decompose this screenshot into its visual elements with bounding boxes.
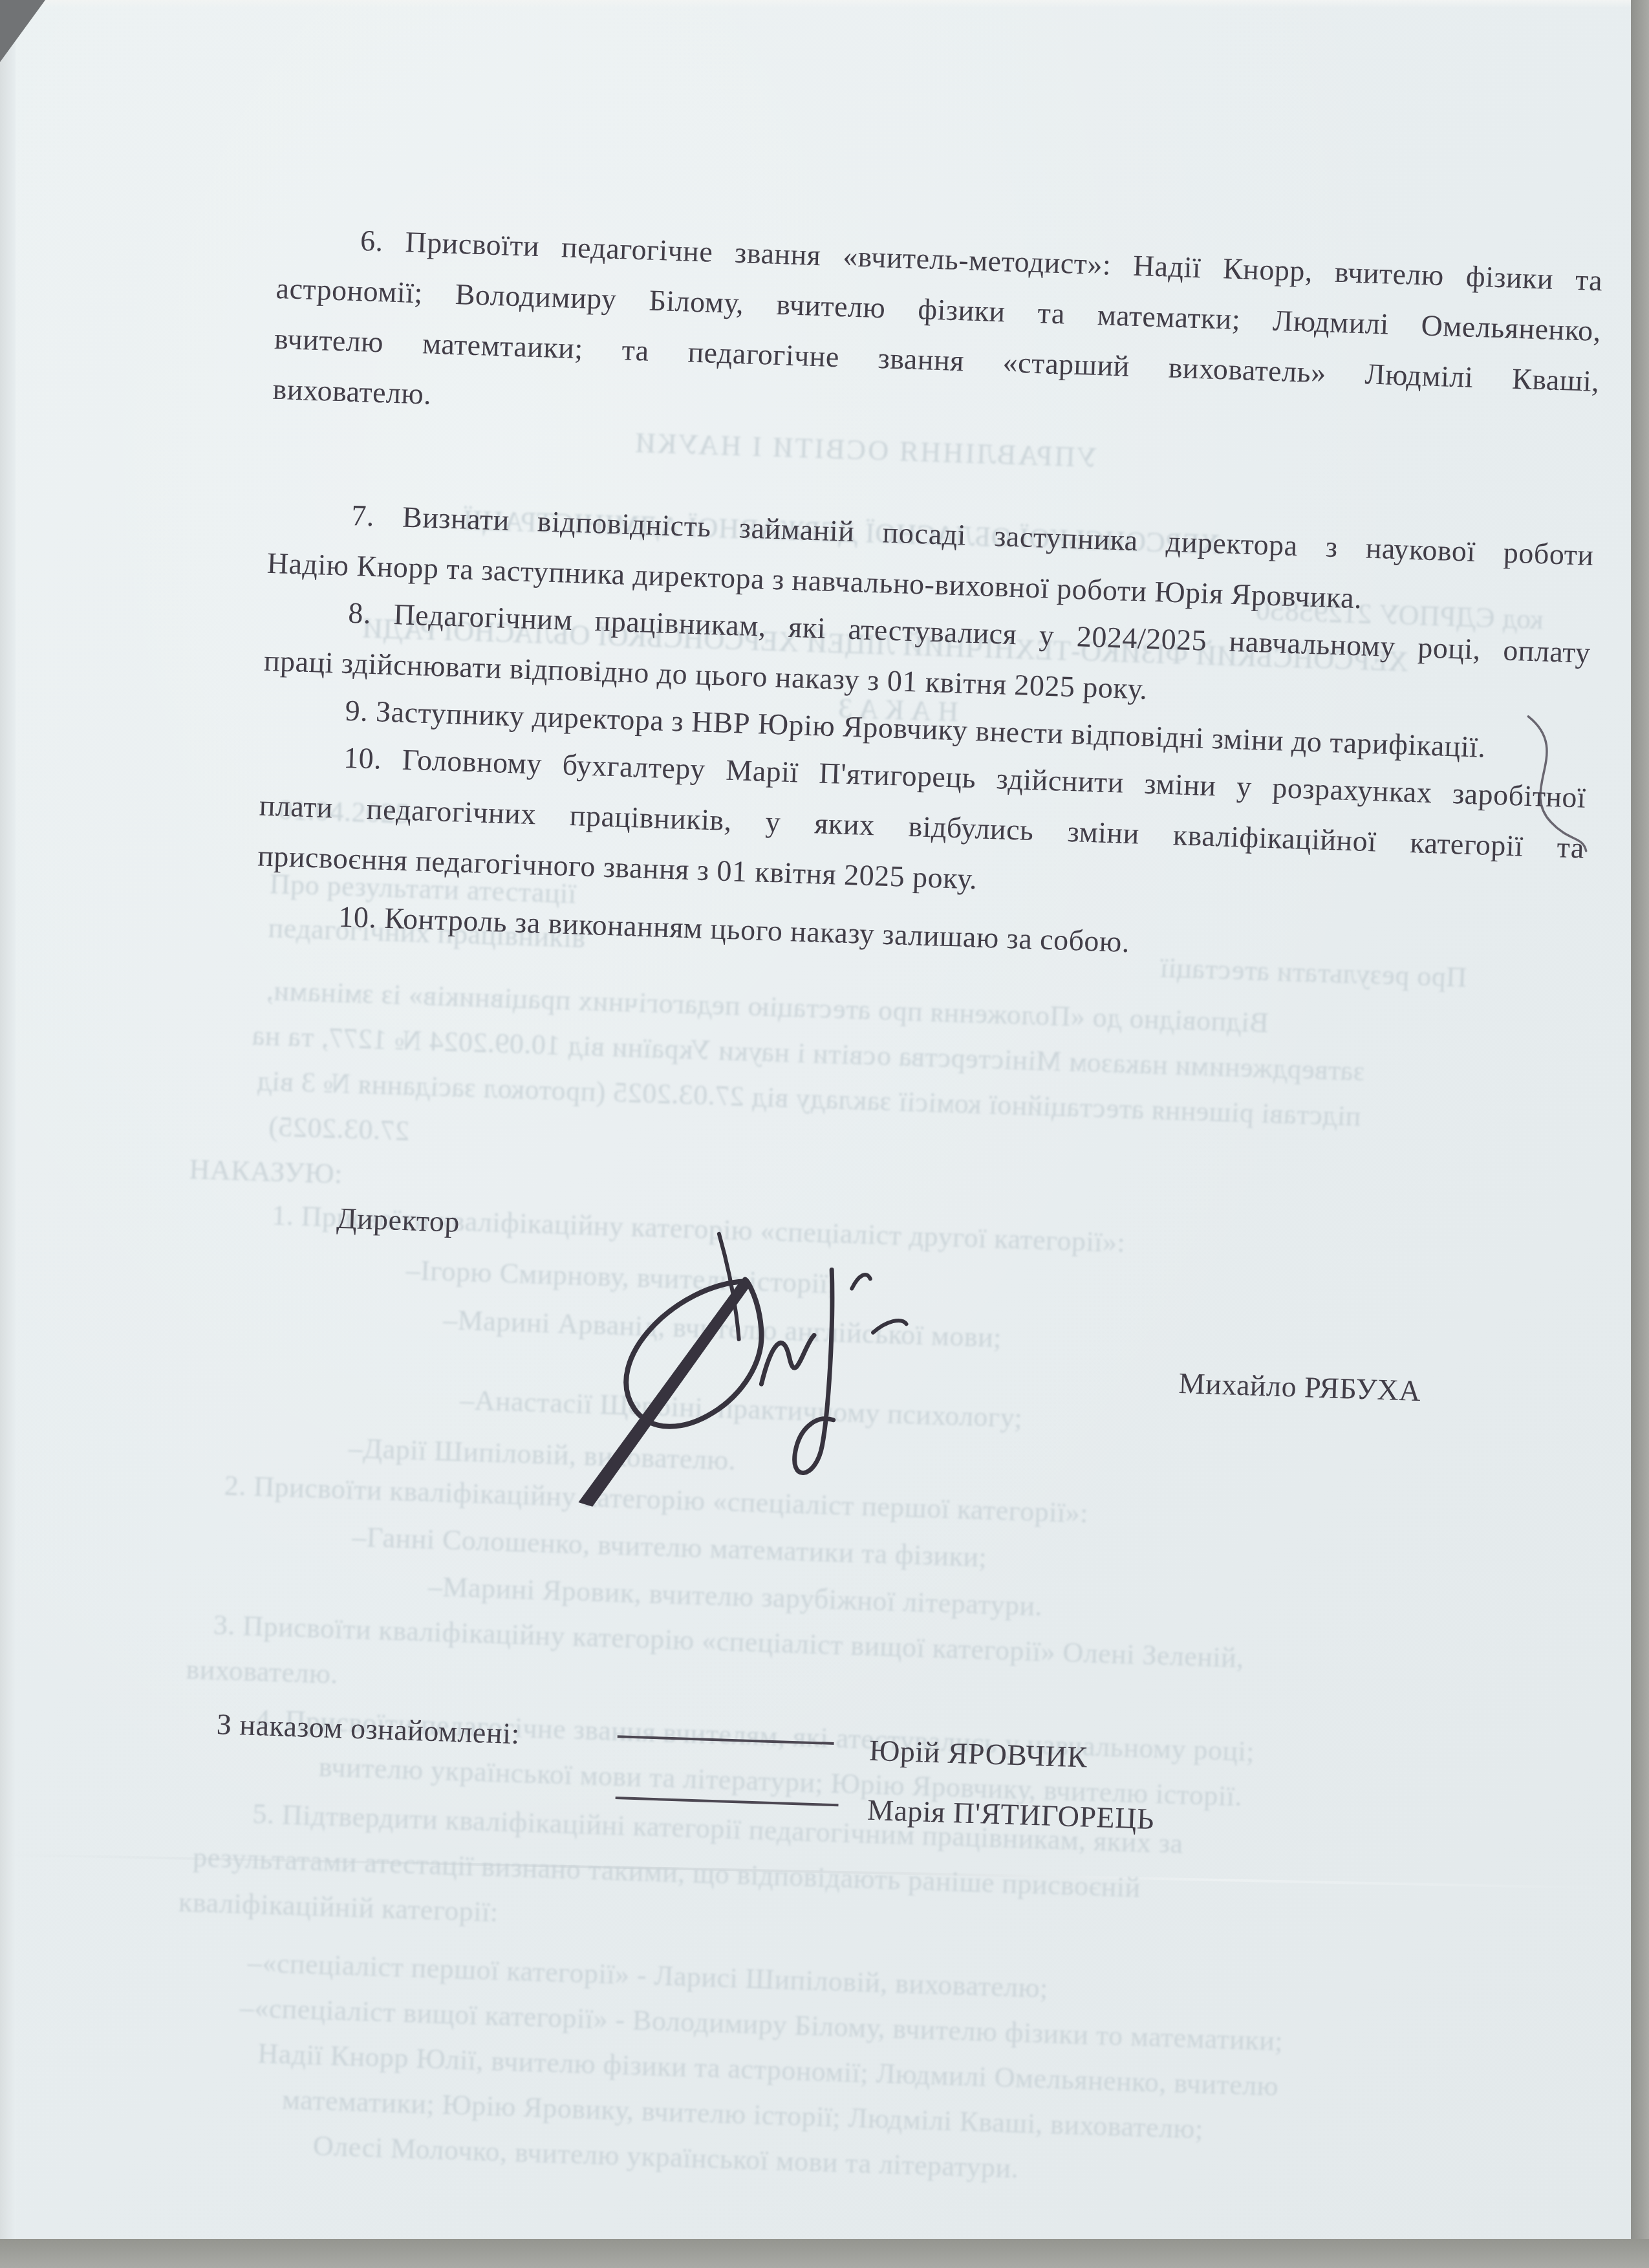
paper-sheet: УПРАВЛІННЯ ОСВІТИ І НАУКИ ХЕРСОНСЬКОЇ ОБ…	[0, 0, 1631, 2239]
bleedthrough-line: вихователю.	[186, 1656, 339, 1689]
bleedthrough-line: ‒Марині Яровик, вчителю зарубіжної літер…	[427, 1573, 1042, 1621]
acknowledged-name: Юрій ЯРОВЧИК	[868, 1736, 1088, 1773]
director-name: Михайло РЯБУХА	[1178, 1368, 1421, 1406]
scan-right-edge	[1631, 0, 1649, 2268]
bleedthrough-text: Про результати атестації	[1159, 954, 1467, 992]
bleedthrough-line: 3. Присвоїти кваліфікаційну категорію «с…	[213, 1611, 1244, 1672]
scan-bottom-edge	[0, 2239, 1649, 2268]
bleedthrough-line: ‒«спеціаліст першої категорії» - Ларисі …	[247, 1949, 1048, 2003]
scanned-order-page: { "doc": { "paper_color": "#e7edef", "in…	[0, 0, 1649, 2268]
director-role-label: Директор	[336, 1204, 460, 1237]
bleedthrough-line: Олесі Молочко, вчителю української мови …	[312, 2132, 1018, 2183]
document-content: УПРАВЛІННЯ ОСВІТИ І НАУКИ ХЕРСОНСЬКОЇ ОБ…	[214, 223, 1610, 2244]
order-line: 10. Контроль за виконанням цього наказу …	[255, 899, 1130, 957]
acknowledgment-label: З наказом ознайомлені:	[216, 1709, 520, 1749]
paper-left-edge	[0, 0, 16, 2239]
bleedthrough-line: Про результати атестації	[1159, 954, 1467, 992]
paper-top-edge	[0, 0, 1631, 8]
order-line: вихователю.	[272, 374, 432, 409]
signature-scribble	[539, 1183, 965, 1558]
bleedthrough-line: НАКАЗУЮ:	[189, 1155, 343, 1189]
bleedthrough-line: УПРАВЛІННЯ ОСВІТИ І НАУКИ	[633, 429, 1098, 472]
scan-corner-shadow	[0, 0, 45, 62]
bleedthrough-line: кваліфікаційній категорії:	[178, 1888, 499, 1927]
bleedthrough-line: 27.03.2025)	[268, 1112, 409, 1145]
pen-flourish	[1509, 709, 1599, 867]
bleedthrough-text: 27.03.2025)	[268, 1112, 409, 1145]
bleedthrough-text: УПРАВЛІННЯ ОСВІТИ І НАУКИ	[633, 429, 1098, 472]
